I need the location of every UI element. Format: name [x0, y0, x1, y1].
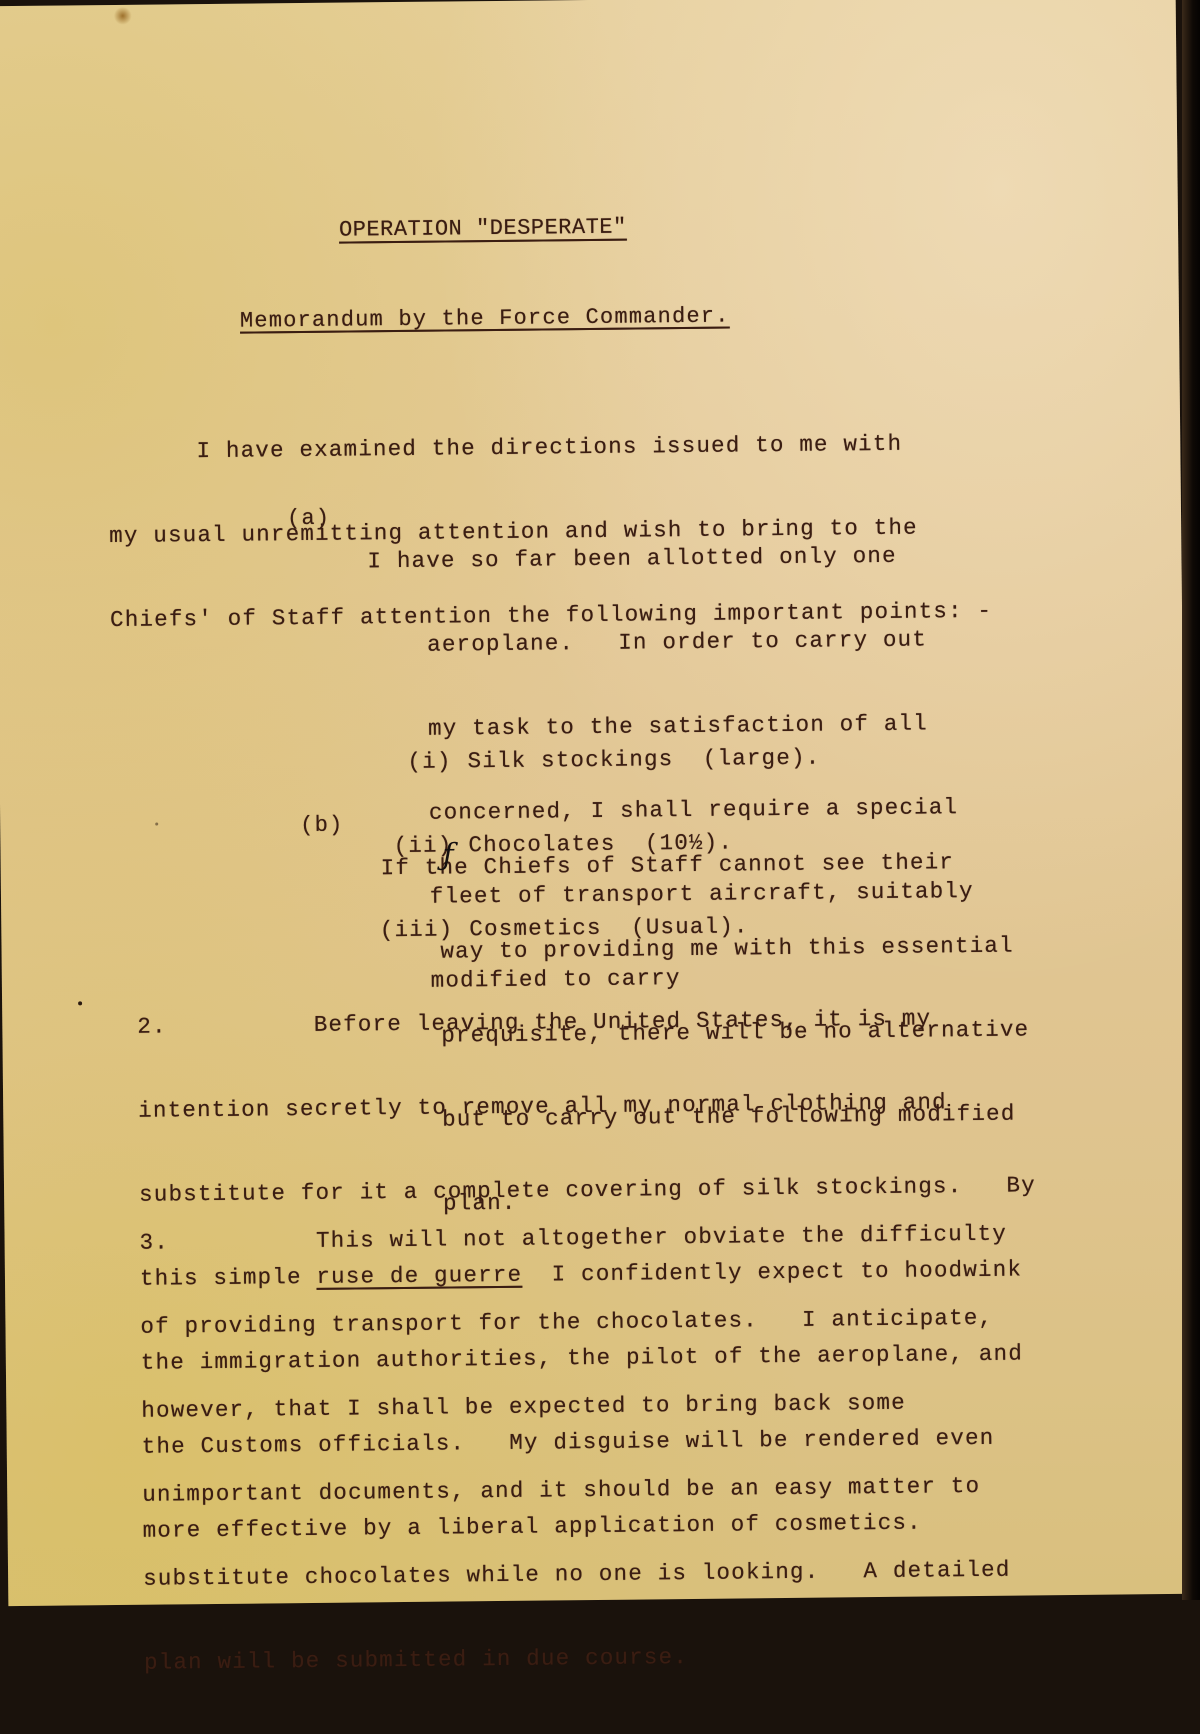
paragraph-number: 2. [137, 1013, 167, 1039]
paragraph-3-line: 3. This will not altogether obviate the … [139, 1220, 1007, 1257]
item-a-line: I have so far been allotted only one [367, 541, 970, 575]
item-b-label: (b) [300, 813, 343, 838]
supply-item-number: (i) [351, 747, 467, 776]
memo-page: OPERATION "DESPERATE" Memorandum by the … [0, 0, 1192, 1600]
paragraph-2-line: intention secretly to remove all my norm… [138, 1087, 1035, 1124]
document-subtitle: Memorandum by the Force Commander. [240, 304, 730, 334]
paragraph-3-line: unimportant documents, and it should be … [142, 1472, 1010, 1509]
paper-stain [114, 7, 132, 25]
handwritten-correction-mark: ƒ [442, 837, 473, 887]
paragraph-3-line: however, that I shall be expected to bri… [141, 1388, 1009, 1425]
intro-line: I have examined the directions issued to… [108, 429, 990, 466]
item-a-label: (a) [287, 506, 330, 531]
supply-item-text: Silk stockings (large). [467, 744, 820, 776]
item-a-line: aeroplane. In order to carry out [368, 625, 971, 659]
paragraph-3-line: of providing transport for the chocolate… [140, 1304, 1008, 1341]
paragraph-3: 3. This will not altogether obviate the … [139, 1164, 1012, 1600]
document-title: OPERATION "DESPERATE" [339, 215, 627, 243]
ink-speck [78, 1001, 82, 1005]
paragraph-number: 3. [139, 1229, 169, 1255]
photo-frame-edge [1182, 0, 1200, 1600]
item-b-line: If the Chiefs of Staff cannot see their [381, 847, 1028, 882]
paragraph-3-line: substitute chocolates while no one is lo… [143, 1556, 1011, 1593]
paragraph-2-line: 2. Before leaving the United States, it … [137, 1003, 1034, 1040]
supply-item: (i) Silk stockings (large). [351, 744, 820, 777]
ink-speck [155, 823, 158, 826]
